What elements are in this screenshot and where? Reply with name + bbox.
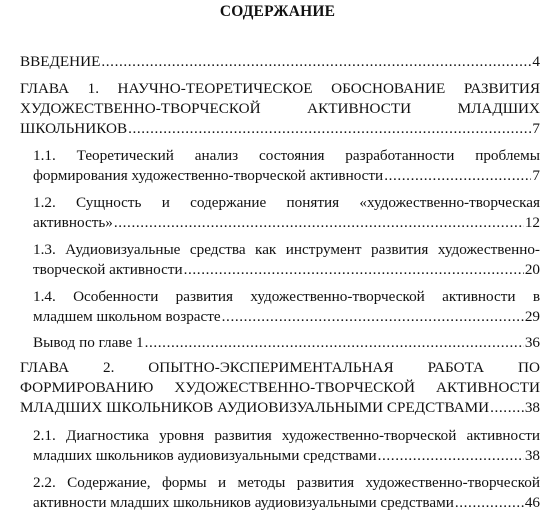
- toc-entry-last-line: ШКОЛЬНИКОВ 7: [20, 119, 540, 139]
- toc-entry-introduction[interactable]: ВВЕДЕНИЕ 4: [20, 52, 540, 72]
- toc-entry-section-1-3[interactable]: 1.3. Аудиовизуальные средства как инстру…: [33, 240, 540, 280]
- toc-entry-last-line: активности младших школьников аудиовизуа…: [33, 493, 540, 513]
- dot-leader: [184, 260, 524, 280]
- dot-leader: [128, 119, 531, 139]
- toc-entry-section-2-1[interactable]: 2.1. Диагностика уровня развития художес…: [33, 426, 540, 466]
- toc-entry-line: 1.2. Сущность и содержание понятия «худо…: [33, 193, 540, 213]
- toc-entry-last-line: младшем школьном возрасте 29: [33, 307, 540, 327]
- toc-entry-text: ШКОЛЬНИКОВ: [20, 119, 127, 139]
- toc-entry-chapter-1-conclusion[interactable]: Вывод по главе 1 36: [33, 333, 540, 353]
- toc-entry-line: 1.1. Теоретический анализ состояния разр…: [33, 146, 540, 166]
- dot-leader: [455, 493, 524, 513]
- toc-entry-chapter-2[interactable]: ГЛАВА 2. ОПЫТНО-ЭКСПЕРИМЕНТАЛЬНАЯ РАБОТА…: [20, 358, 540, 418]
- toc-entry-section-1-1[interactable]: 1.1. Теоретический анализ состояния разр…: [33, 146, 540, 186]
- toc-entry-last-line: Вывод по главе 1 36: [33, 333, 540, 353]
- toc-entry-line: 1.3. Аудиовизуальные средства как инстру…: [33, 240, 540, 260]
- toc-entry-text: активности младших школьников аудиовизуа…: [33, 493, 454, 513]
- page-number: 36: [525, 333, 540, 353]
- dot-leader: [490, 398, 524, 418]
- toc-entry-line: 2.1. Диагностика уровня развития художес…: [33, 426, 540, 446]
- toc-entry-text: младших школьников аудиовизуальными сред…: [33, 446, 377, 466]
- page-number: 46: [525, 493, 540, 513]
- toc-entry-chapter-1[interactable]: ГЛАВА 1. НАУЧНО-ТЕОРЕТИЧЕСКОЕ ОБОСНОВАНИ…: [20, 79, 540, 139]
- page-number: 4: [532, 52, 540, 72]
- dot-leader: [145, 333, 524, 353]
- toc-entry-line: ГЛАВА 2. ОПЫТНО-ЭКСПЕРИМЕНТАЛЬНАЯ РАБОТА…: [20, 358, 540, 378]
- toc-entry-text: формирования художественно-творческой ак…: [33, 166, 383, 186]
- toc-entry-line: 1.4. Особенности развития художественно-…: [33, 287, 540, 307]
- toc-entry-last-line: творческой активности 20: [33, 260, 540, 280]
- toc-entry-last-line: ВВЕДЕНИЕ 4: [20, 52, 540, 72]
- toc-entry-text: творческой активности: [33, 260, 183, 280]
- toc-entry-line: ФОРМИРОВАНИЮ ХУДОЖЕСТВЕННО-ТВОРЧЕСКОЙ АК…: [20, 378, 540, 398]
- toc-entry-line: ГЛАВА 1. НАУЧНО-ТЕОРЕТИЧЕСКОЕ ОБОСНОВАНИ…: [20, 79, 540, 99]
- toc-entry-section-1-4[interactable]: 1.4. Особенности развития художественно-…: [33, 287, 540, 327]
- toc-entry-text: МЛАДШИХ ШКОЛЬНИКОВ АУДИОВИЗУАЛЬНЫМИ СРЕД…: [20, 398, 489, 418]
- page-number: 38: [525, 398, 540, 418]
- page-number: 38: [525, 446, 540, 466]
- dot-leader: [114, 213, 524, 233]
- toc-entry-last-line: формирования художественно-творческой ак…: [33, 166, 540, 186]
- page-number: 7: [532, 119, 540, 139]
- toc-entry-last-line: младших школьников аудиовизуальными сред…: [33, 446, 540, 466]
- dot-leader: [222, 307, 524, 327]
- page-number: 29: [525, 307, 540, 327]
- toc-entry-section-2-2[interactable]: 2.2. Содержание, формы и методы развития…: [33, 473, 540, 513]
- toc-entry-last-line: МЛАДШИХ ШКОЛЬНИКОВ АУДИОВИЗУАЛЬНЫМИ СРЕД…: [20, 398, 540, 418]
- dot-leader: [378, 446, 524, 466]
- toc-entry-line: 2.2. Содержание, формы и методы развития…: [33, 473, 540, 493]
- toc-entry-text: Вывод по главе 1: [33, 333, 144, 353]
- toc-entry-text: активность»: [33, 213, 113, 233]
- toc-entry-line: ХУДОЖЕСТВЕННО-ТВОРЧЕСКОЙ АКТИВНОСТИ МЛАД…: [20, 99, 540, 119]
- toc-entry-section-1-2[interactable]: 1.2. Сущность и содержание понятия «худо…: [33, 193, 540, 233]
- toc-entry-text: ВВЕДЕНИЕ: [20, 52, 100, 72]
- dot-leader: [384, 166, 531, 186]
- page-number: 20: [525, 260, 540, 280]
- toc-entry-last-line: активность» 12: [33, 213, 540, 233]
- dot-leader: [101, 52, 531, 72]
- toc-title: СОДЕРЖАНИЕ: [0, 3, 555, 21]
- page-number: 12: [525, 213, 540, 233]
- page-number: 7: [532, 166, 540, 186]
- toc-entry-text: младшем школьном возрасте: [33, 307, 221, 327]
